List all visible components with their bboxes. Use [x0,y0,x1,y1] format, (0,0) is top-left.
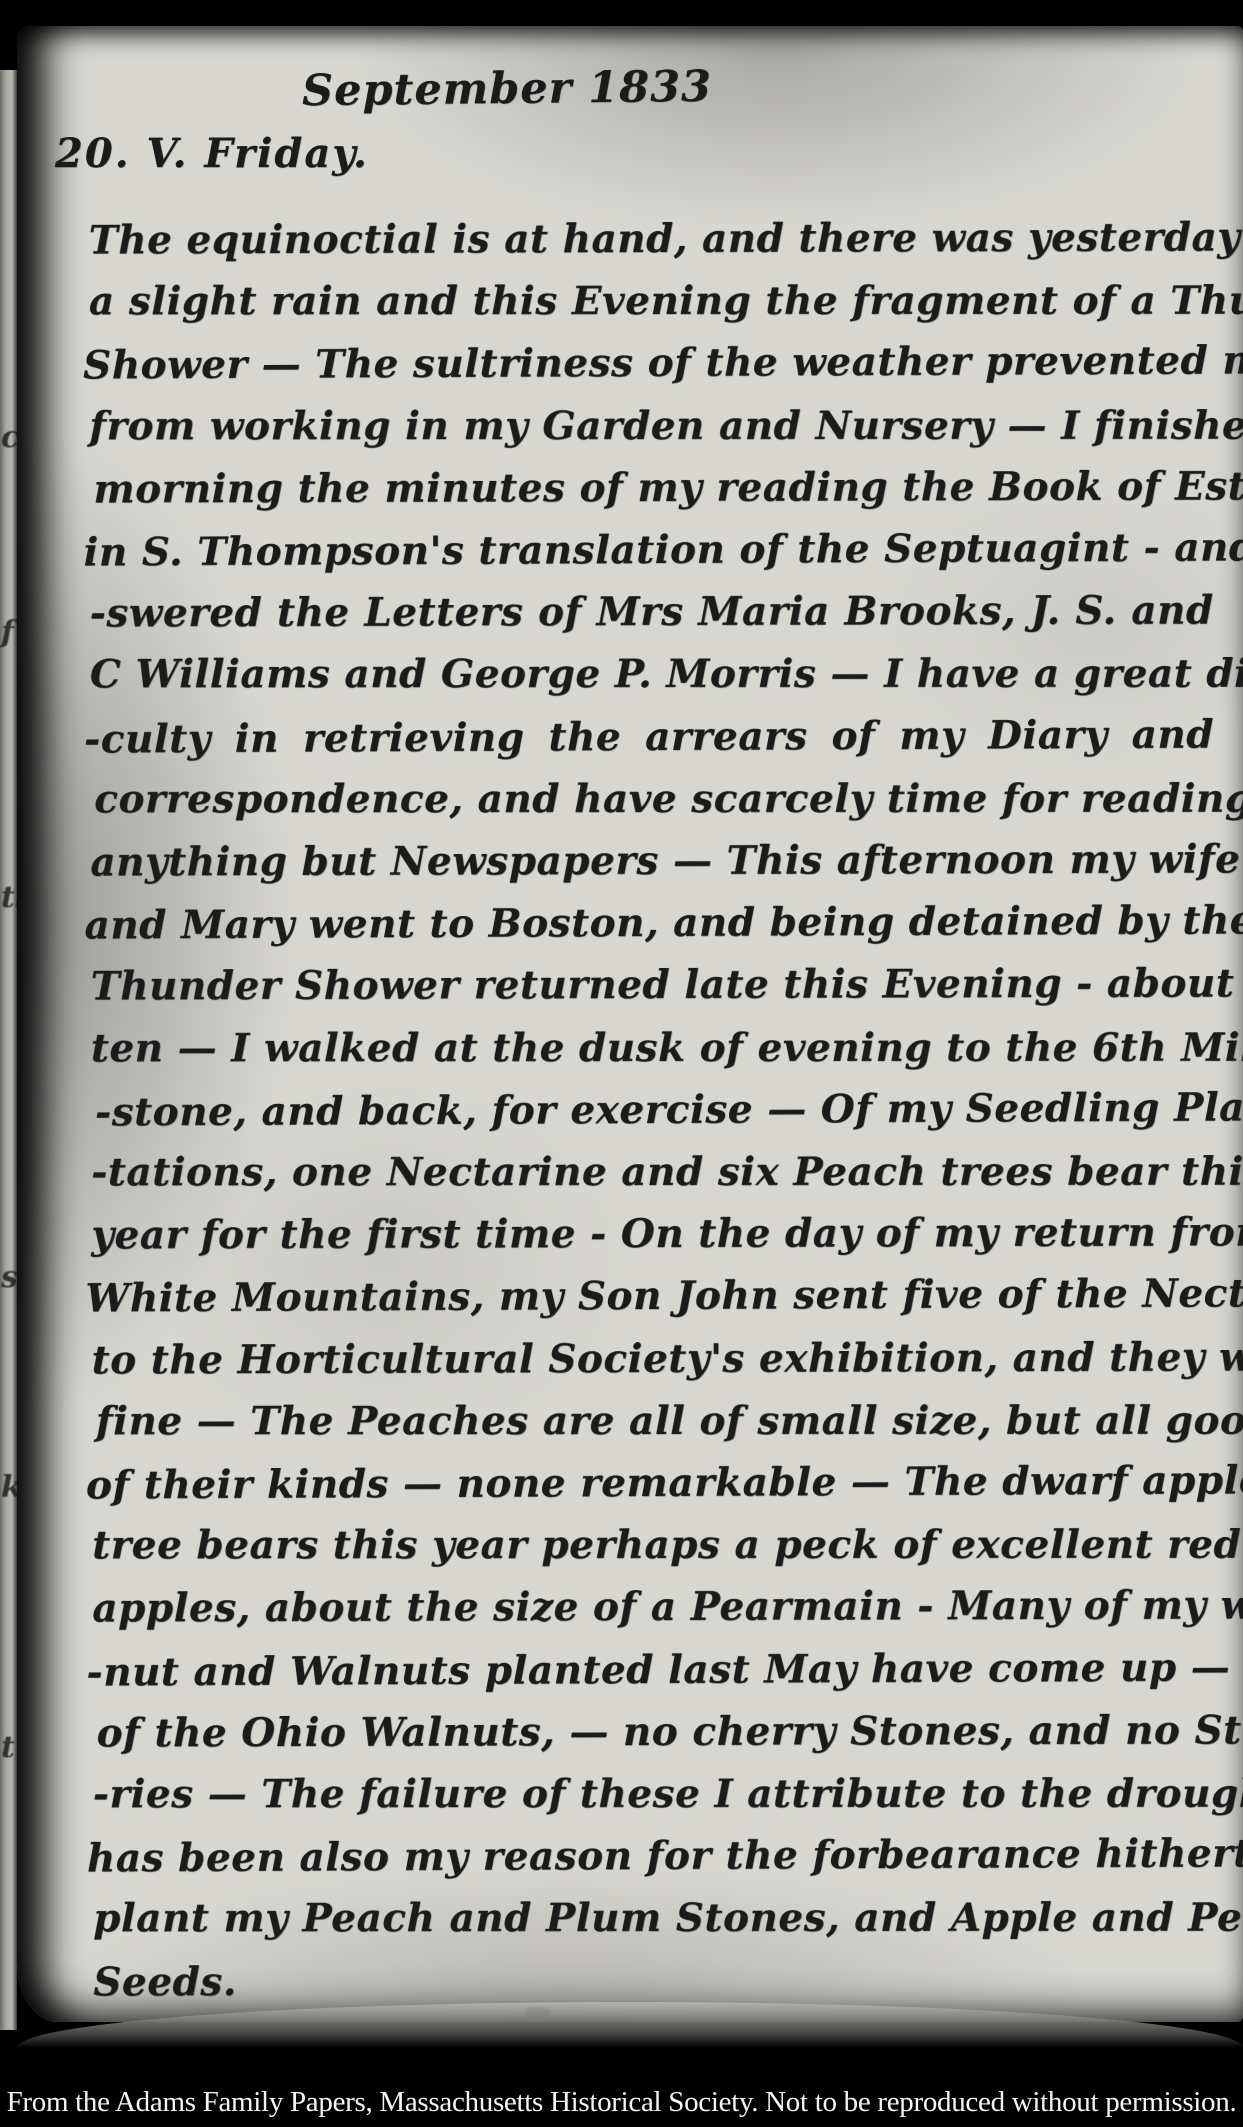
facing-page-ink-fragment: t [1,1730,15,1765]
diary-line: to the Horticultural Society's exhibitio… [92,1326,1216,1391]
diary-line: C Williams and George P. Morris — I have… [90,643,1214,706]
diary-entry-body: The equinoctial is at hand, and there wa… [89,207,1218,2014]
diary-line: a slight rain and this Evening the fragm… [89,270,1213,333]
diary-line: of their kinds — none remarkable — The d… [86,1450,1216,1517]
diary-line: fine — The Peaches are all of small size… [96,1390,1216,1453]
diary-line: from working in my Garden and Nursery — … [89,394,1213,457]
diary-line: -ries — The failure of these I attribute… [93,1763,1217,1826]
diary-line: -swered the Letters of Mrs Maria Brooks,… [90,580,1214,645]
diary-line: has been also my reason for the forbeara… [87,1823,1217,1890]
diary-line: apples, about the size of a Pearmain - M… [92,1575,1216,1640]
credit-bar: From the Adams Family Papers, Massachuse… [0,2078,1243,2127]
diary-line: Thunder Shower returned late this Evenin… [91,953,1215,1018]
facing-page-ink-fragment: k [1,1470,17,1505]
diary-line: morning the minutes of my reading the Bo… [93,455,1213,520]
diary-page: September 1833 20. V. Friday. The equino… [17,26,1243,2022]
archive-credit-text: From the Adams Family Papers, Massachuse… [7,2086,1237,2119]
entry-date-heading: 20. V. Friday. [55,130,369,177]
diary-line: -culty in retrieving the arrears of my D… [84,703,1214,770]
month-year-header: September 1833 [302,62,712,116]
diary-line: of the Ohio Walnuts, — no cherry Stones,… [97,1699,1217,1764]
diary-line: tree bears this year perhaps a peck of e… [92,1514,1216,1577]
diary-line: -stone, and back, for exercise — Of my S… [95,1076,1215,1143]
diary-line: in S. Thompson's translation of the Sept… [83,517,1213,584]
facing-page-ink-fragment: th [1,880,17,915]
facing-page-ink-fragment: f [1,615,14,650]
facing-page-ink-fragment: s [1,1260,17,1295]
diary-line: plant my Peach and Plum Stones, and Appl… [93,1887,1217,1950]
diary-line: and Mary went to Boston, and being detai… [84,890,1214,957]
manuscript-photo: ck f th s k t September 1833 20. V. Frid… [0,0,1243,2127]
diary-line: White Mountains, my Son John sent five o… [85,1263,1215,1330]
diary-line: year for the first time - On the day of … [91,1202,1215,1267]
diary-line: correspondence, and have scarcely time f… [94,768,1214,831]
diary-line: -nut and Walnuts planted last May have c… [86,1636,1216,1703]
diary-line: Shower — The sultriness of the weather p… [83,330,1213,397]
diary-line: ten — I walked at the dusk of evening to… [91,1016,1215,1079]
diary-line: anything but Newspapers — This afternoon… [90,829,1214,894]
diary-line: The equinoctial is at hand, and there wa… [89,207,1213,272]
diary-line: -tations, one Nectarine and six Peach tr… [91,1141,1215,1204]
facing-page-sliver: ck f th s k t [0,70,17,2030]
facing-page-ink-fragment: ck [1,420,17,455]
